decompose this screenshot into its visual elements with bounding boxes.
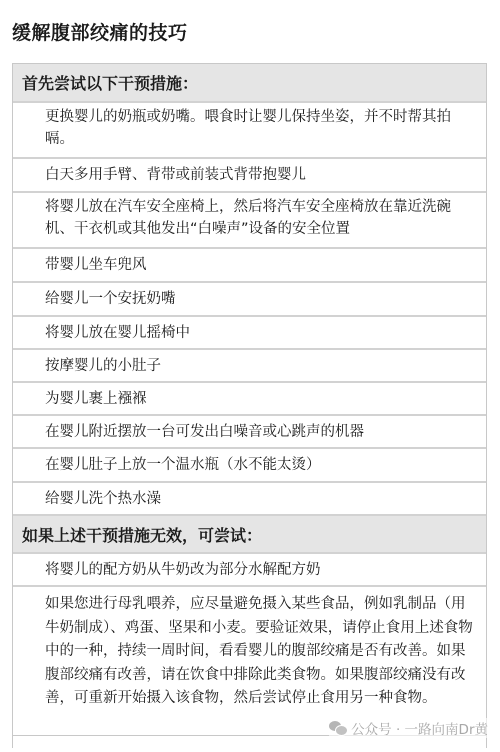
list-item: 带婴儿坐车兜风 bbox=[13, 249, 486, 283]
list-item: 将婴儿的配方奶从牛奶改为部分水解配方奶 bbox=[13, 554, 486, 587]
wechat-icon bbox=[329, 721, 347, 735]
tips-table: 首先尝试以下干预措施： 更换婴儿的奶瓶或奶嘴。喂食时让婴儿保持坐姿，并不时帮其拍… bbox=[12, 63, 487, 748]
list-item: 在婴儿附近摆放一台可发出白噪音或心跳声的机器 bbox=[13, 416, 486, 449]
list-item: 为婴儿裹上襁褓 bbox=[13, 383, 486, 416]
section-header-first-try: 首先尝试以下干预措施： bbox=[13, 64, 486, 103]
watermark: 公众号 · 一路向南Dr黄 bbox=[329, 718, 488, 738]
list-item: 将婴儿放在婴儿摇椅中 bbox=[13, 317, 486, 350]
page-title: 缓解腹部绞痛的技巧 bbox=[12, 18, 188, 45]
list-item: 给婴儿一个安抚奶嘴 bbox=[13, 283, 486, 317]
list-item: 白天多用手臂、背带或前装式背带抱婴儿 bbox=[13, 159, 486, 193]
list-item: 将婴儿放在汽车安全座椅上，然后将汽车安全座椅放在靠近洗碗机、干衣机或其他发出“白… bbox=[13, 193, 486, 249]
section-header-if-ineffective: 如果上述干预措施无效，可尝试： bbox=[13, 516, 486, 554]
list-item: 更换婴儿的奶瓶或奶嘴。喂食时让婴儿保持坐姿，并不时帮其拍嗝。 bbox=[13, 103, 486, 159]
list-item: 在婴儿肚子上放一个温水瓶（水不能太烫） bbox=[13, 449, 486, 483]
list-item: 给婴儿洗个热水澡 bbox=[13, 483, 486, 516]
list-item: 按摩婴儿的小肚子 bbox=[13, 350, 486, 383]
watermark-text: 公众号 · 一路向南Dr黄 bbox=[351, 718, 488, 738]
